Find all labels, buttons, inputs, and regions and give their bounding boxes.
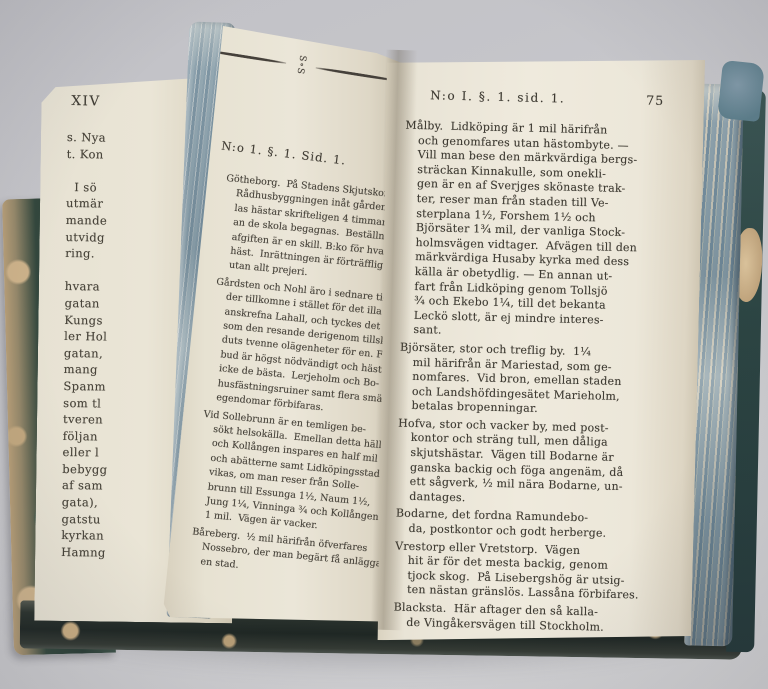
right-page-number: 75: [646, 93, 664, 108]
entry-bjorsater: Björsäter, stor och treflig by. 1¼mil hä…: [398, 341, 680, 421]
ornament-mark: S∘S: [295, 54, 308, 75]
right-page-header-row: N:o I. §. 1. sid. 1. 75: [386, 86, 704, 109]
marbled-fore-edge-corner: [717, 60, 765, 122]
left-page-fragment-text: s. Nyat. Kon I söutmärmandeutvidgring. h…: [61, 129, 112, 561]
entry-vrestorp: Vrestorp eller Vretstorp. Vägenhit är fö…: [394, 539, 675, 604]
entry-hofva: Hofva, stor och vacker by, med post-kont…: [396, 416, 678, 510]
book-photo: XIV s. Nyat. Kon I söutmärmandeutvidgrin…: [0, 0, 768, 689]
entry-malby: Målby. Lidköping är 1 mil härifrånoch ge…: [400, 119, 685, 345]
left-page-number: XIV: [71, 93, 100, 109]
ornament-divider: S∘S: [201, 44, 400, 85]
entry-blacksta: Blacksta. Här aftager den så kalla-de Vi…: [393, 601, 674, 637]
entry-bodarne: Bodarne, det fordna Ramundebo-da, postko…: [395, 507, 676, 543]
entry-sollebrunn: Vid Sollebrunn är en temligen be-sökt he…: [193, 407, 403, 541]
middle-page-header: N:o 1. §. 1. Sid. 1.: [221, 138, 347, 167]
right-page-header: N:o I. §. 1. sid. 1.: [430, 88, 565, 105]
right-page-text: Målby. Lidköping är 1 mil härifrånoch ge…: [393, 119, 685, 640]
right-page: N:o I. §. 1. sid. 1. 75 Målby. Lidköping…: [373, 52, 705, 648]
